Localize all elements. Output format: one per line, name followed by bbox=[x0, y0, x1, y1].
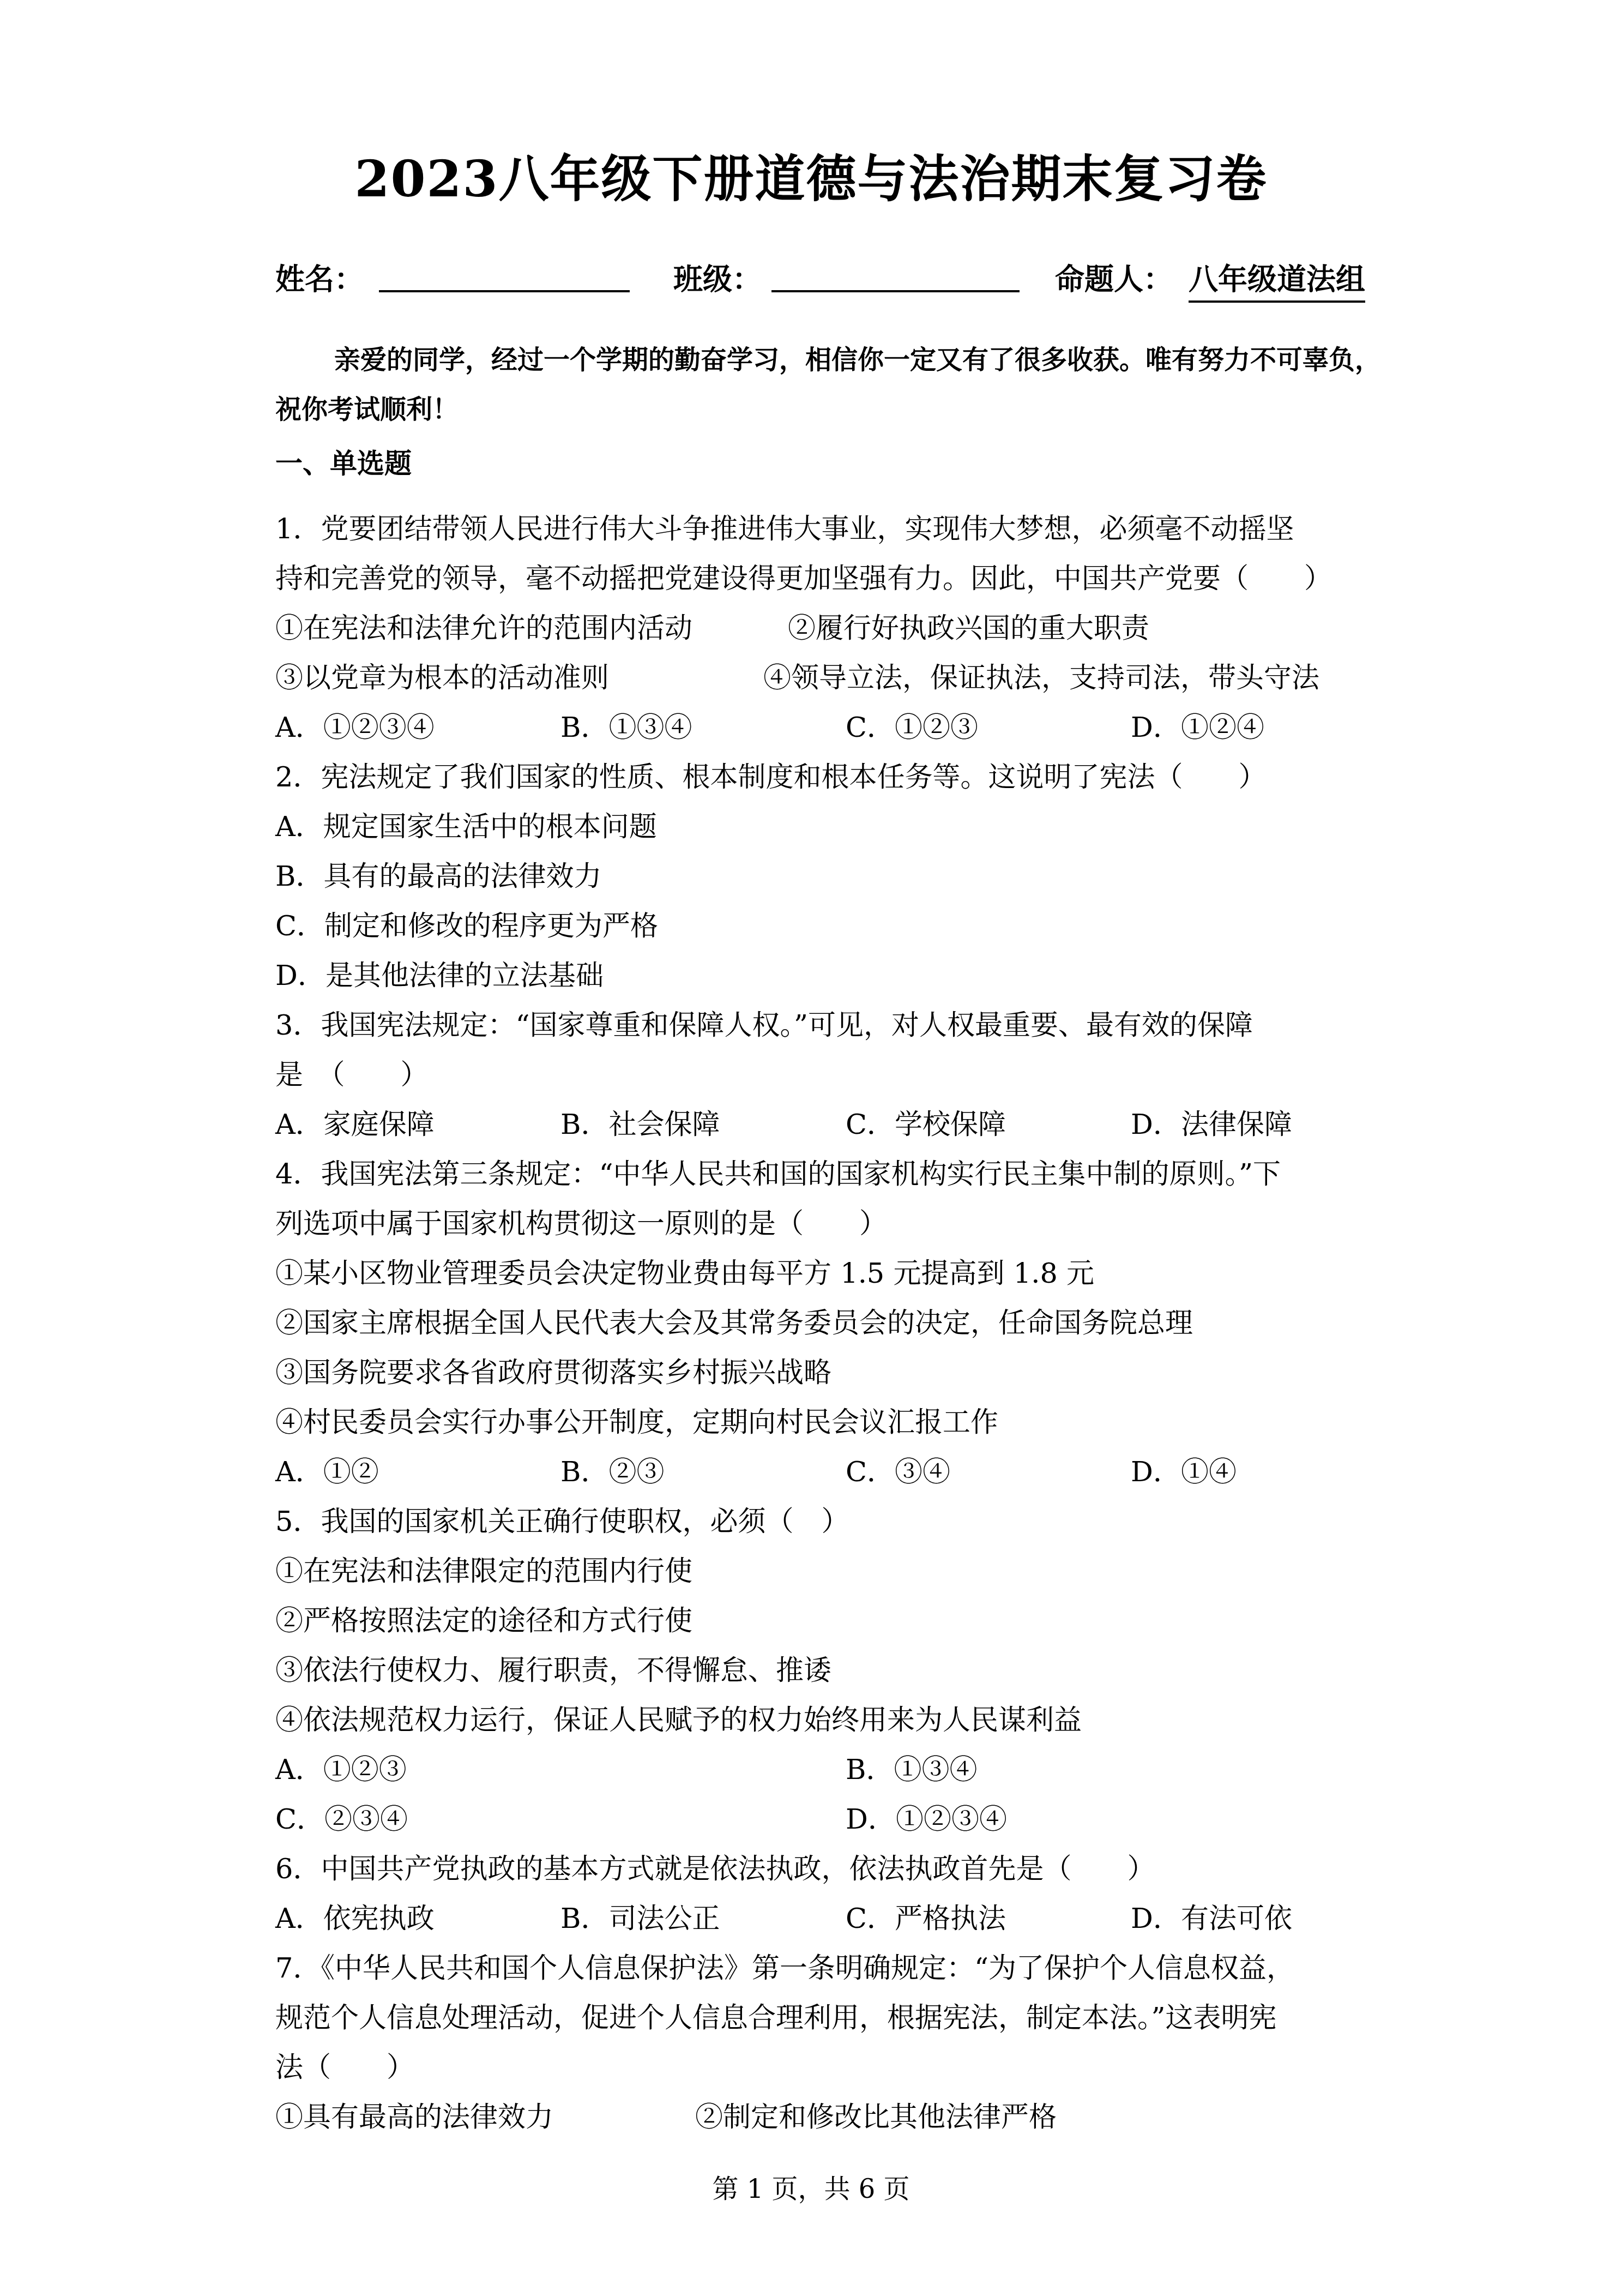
statement: ②严格按照法定的途径和方式行使 bbox=[275, 1596, 1388, 1646]
statement: ①某小区物业管理委员会决定物业费由每平方 1.5 元提高到 1.8 元 bbox=[275, 1249, 1388, 1299]
question-6-options: A．依宪执政 B．司法公正 C．严格执法 D．有法可依 bbox=[275, 1894, 1388, 1944]
option-a[interactable]: A．依宪执政 bbox=[275, 1894, 435, 1944]
option-b[interactable]: B．②③ bbox=[560, 1447, 664, 1497]
statement: ④村民委员会实行办事公开制度，定期向村民会议汇报工作 bbox=[275, 1398, 1388, 1447]
question-2-stem: 2．宪法规定了我们国家的性质、根本制度和根本任务等。这说明了宪法（ ） bbox=[275, 753, 1388, 802]
option-a[interactable]: A．家庭保障 bbox=[275, 1100, 435, 1150]
exam-page: 2023八年级下册道德与法治期末复习卷 姓名： 班级： 命题人： 八年级道法组 … bbox=[0, 0, 1622, 2296]
question-5-stem: 5．我国的国家机关正确行使职权，必须（ ） bbox=[275, 1497, 1388, 1547]
name-blank[interactable] bbox=[379, 290, 630, 292]
option-a[interactable]: A．①②③ bbox=[275, 1745, 407, 1795]
statement: ②国家主席根据全国人民代表大会及其常务委员会的决定，任命国务院总理 bbox=[275, 1299, 1388, 1348]
statement: ②履行好执政兴国的重大职责 bbox=[788, 604, 1149, 653]
option-c[interactable]: C．严格执法 bbox=[846, 1894, 1006, 1944]
question-1-options: A．①②③④ B．①③④ C．①②③ D．①②④ bbox=[275, 703, 1388, 753]
question-1-statements: ③以党章为根本的活动准则 ④领导立法，保证执法，支持司法，带头守法 bbox=[275, 653, 1388, 703]
option-a[interactable]: A．规定国家生活中的根本问题 bbox=[275, 802, 1388, 852]
option-c[interactable]: C．学校保障 bbox=[846, 1100, 1006, 1150]
exam-title: 2023八年级下册道德与法治期末复习卷 bbox=[0, 139, 1622, 211]
option-c[interactable]: C．②③④ bbox=[275, 1795, 408, 1844]
question-5-options: A．①②③ B．①③④ bbox=[275, 1745, 1388, 1795]
option-c[interactable]: C．制定和修改的程序更为严格 bbox=[275, 901, 1388, 951]
statement: ①具有最高的法律效力 bbox=[275, 2093, 553, 2142]
question-1-statements: ①在宪法和法律允许的范围内活动 ②履行好执政兴国的重大职责 bbox=[275, 604, 1388, 653]
question-4-options: A．①② B．②③ C．③④ D．①④ bbox=[275, 1447, 1388, 1497]
statement: ③以党章为根本的活动准则 bbox=[275, 653, 609, 703]
question-7-stem: 法（ ） bbox=[275, 2043, 1388, 2093]
option-b[interactable]: B．司法公正 bbox=[560, 1894, 720, 1944]
page-number: 第 1 页，共 6 页 bbox=[0, 2168, 1622, 2205]
statement: ③依法行使权力、履行职责，不得懈怠、推诿 bbox=[275, 1646, 1388, 1696]
question-3-stem: 3．我国宪法规定：“国家尊重和保障人权。”可见，对人权最重要、最有效的保障 bbox=[275, 1001, 1388, 1050]
option-b[interactable]: B．①③④ bbox=[560, 703, 692, 753]
question-4-stem: 4．我国宪法第三条规定：“中华人民共和国的国家机构实行民主集中制的原则。”下 bbox=[275, 1150, 1388, 1199]
statement: ②制定和修改比其他法律严格 bbox=[695, 2093, 1057, 2142]
option-a[interactable]: A．①② bbox=[275, 1447, 379, 1497]
question-3-stem: 是 （ ） bbox=[275, 1050, 1388, 1100]
author-value: 八年级道法组 bbox=[1189, 256, 1365, 303]
question-4-stem: 列选项中属于国家机构贯彻这一原则的是（ ） bbox=[275, 1199, 1388, 1249]
exam-header: 姓名： 班级： 命题人： 八年级道法组 bbox=[275, 256, 1382, 300]
intro-paragraph: 亲爱的同学，经过一个学期的勤奋学习，相信你一定又有了很多收获。唯有努力不可辜负，… bbox=[275, 335, 1382, 435]
class-label: 班级： bbox=[673, 256, 762, 298]
name-label: 姓名： bbox=[275, 256, 364, 298]
question-1-stem: 持和完善党的领导，毫不动摇把党建设得更加坚强有力。因此，中国共产党要（ ） bbox=[275, 554, 1388, 604]
option-d[interactable]: D．法律保障 bbox=[1131, 1100, 1292, 1150]
statement: ①在宪法和法律允许的范围内活动 bbox=[275, 604, 692, 653]
section-heading: 一、单选题 bbox=[275, 442, 412, 481]
question-6-stem: 6．中国共产党执政的基本方式就是依法执政，依法执政首先是（ ） bbox=[275, 1844, 1388, 1894]
option-d[interactable]: D．①②③④ bbox=[846, 1795, 1007, 1844]
option-c[interactable]: C．③④ bbox=[846, 1447, 950, 1497]
author-label: 命题人： bbox=[1055, 256, 1173, 298]
question-7-stem: 规范个人信息处理活动，促进个人信息合理利用，根据宪法，制定本法。”这表明宪 bbox=[275, 1993, 1388, 2043]
option-b[interactable]: B．具有的最高的法律效力 bbox=[275, 852, 1388, 901]
question-1-stem: 1．党要团结带领人民进行伟大斗争推进伟大事业，实现伟大梦想，必须毫不动摇坚 bbox=[275, 504, 1388, 554]
statement: ①在宪法和法律限定的范围内行使 bbox=[275, 1547, 1388, 1596]
option-d[interactable]: D．①④ bbox=[1131, 1447, 1237, 1497]
option-c[interactable]: C．①②③ bbox=[846, 703, 978, 753]
option-b[interactable]: B．社会保障 bbox=[560, 1100, 720, 1150]
question-5-options: C．②③④ D．①②③④ bbox=[275, 1795, 1388, 1844]
question-7-statements: ①具有最高的法律效力 ②制定和修改比其他法律严格 bbox=[275, 2093, 1388, 2142]
class-blank[interactable] bbox=[771, 290, 1020, 292]
statement: ③国务院要求各省政府贯彻落实乡村振兴战略 bbox=[275, 1348, 1388, 1398]
question-7-stem: 7．《中华人民共和国个人信息保护法》第一条明确规定：“为了保护个人信息权益， bbox=[275, 1944, 1388, 1993]
option-a[interactable]: A．①②③④ bbox=[275, 703, 435, 753]
option-d[interactable]: D．是其他法律的立法基础 bbox=[275, 951, 1388, 1001]
statement: ④依法规范权力运行，保证人民赋予的权力始终用来为人民谋利益 bbox=[275, 1696, 1388, 1745]
statement: ④领导立法，保证执法，支持司法，带头守法 bbox=[763, 653, 1319, 703]
option-d[interactable]: D．有法可依 bbox=[1131, 1894, 1292, 1944]
option-b[interactable]: B．①③④ bbox=[846, 1745, 977, 1795]
question-3-options: A．家庭保障 B．社会保障 C．学校保障 D．法律保障 bbox=[275, 1100, 1388, 1150]
option-d[interactable]: D．①②④ bbox=[1131, 703, 1264, 753]
questions: 1．党要团结带领人民进行伟大斗争推进伟大事业，实现伟大梦想，必须毫不动摇坚 持和… bbox=[275, 504, 1388, 2142]
